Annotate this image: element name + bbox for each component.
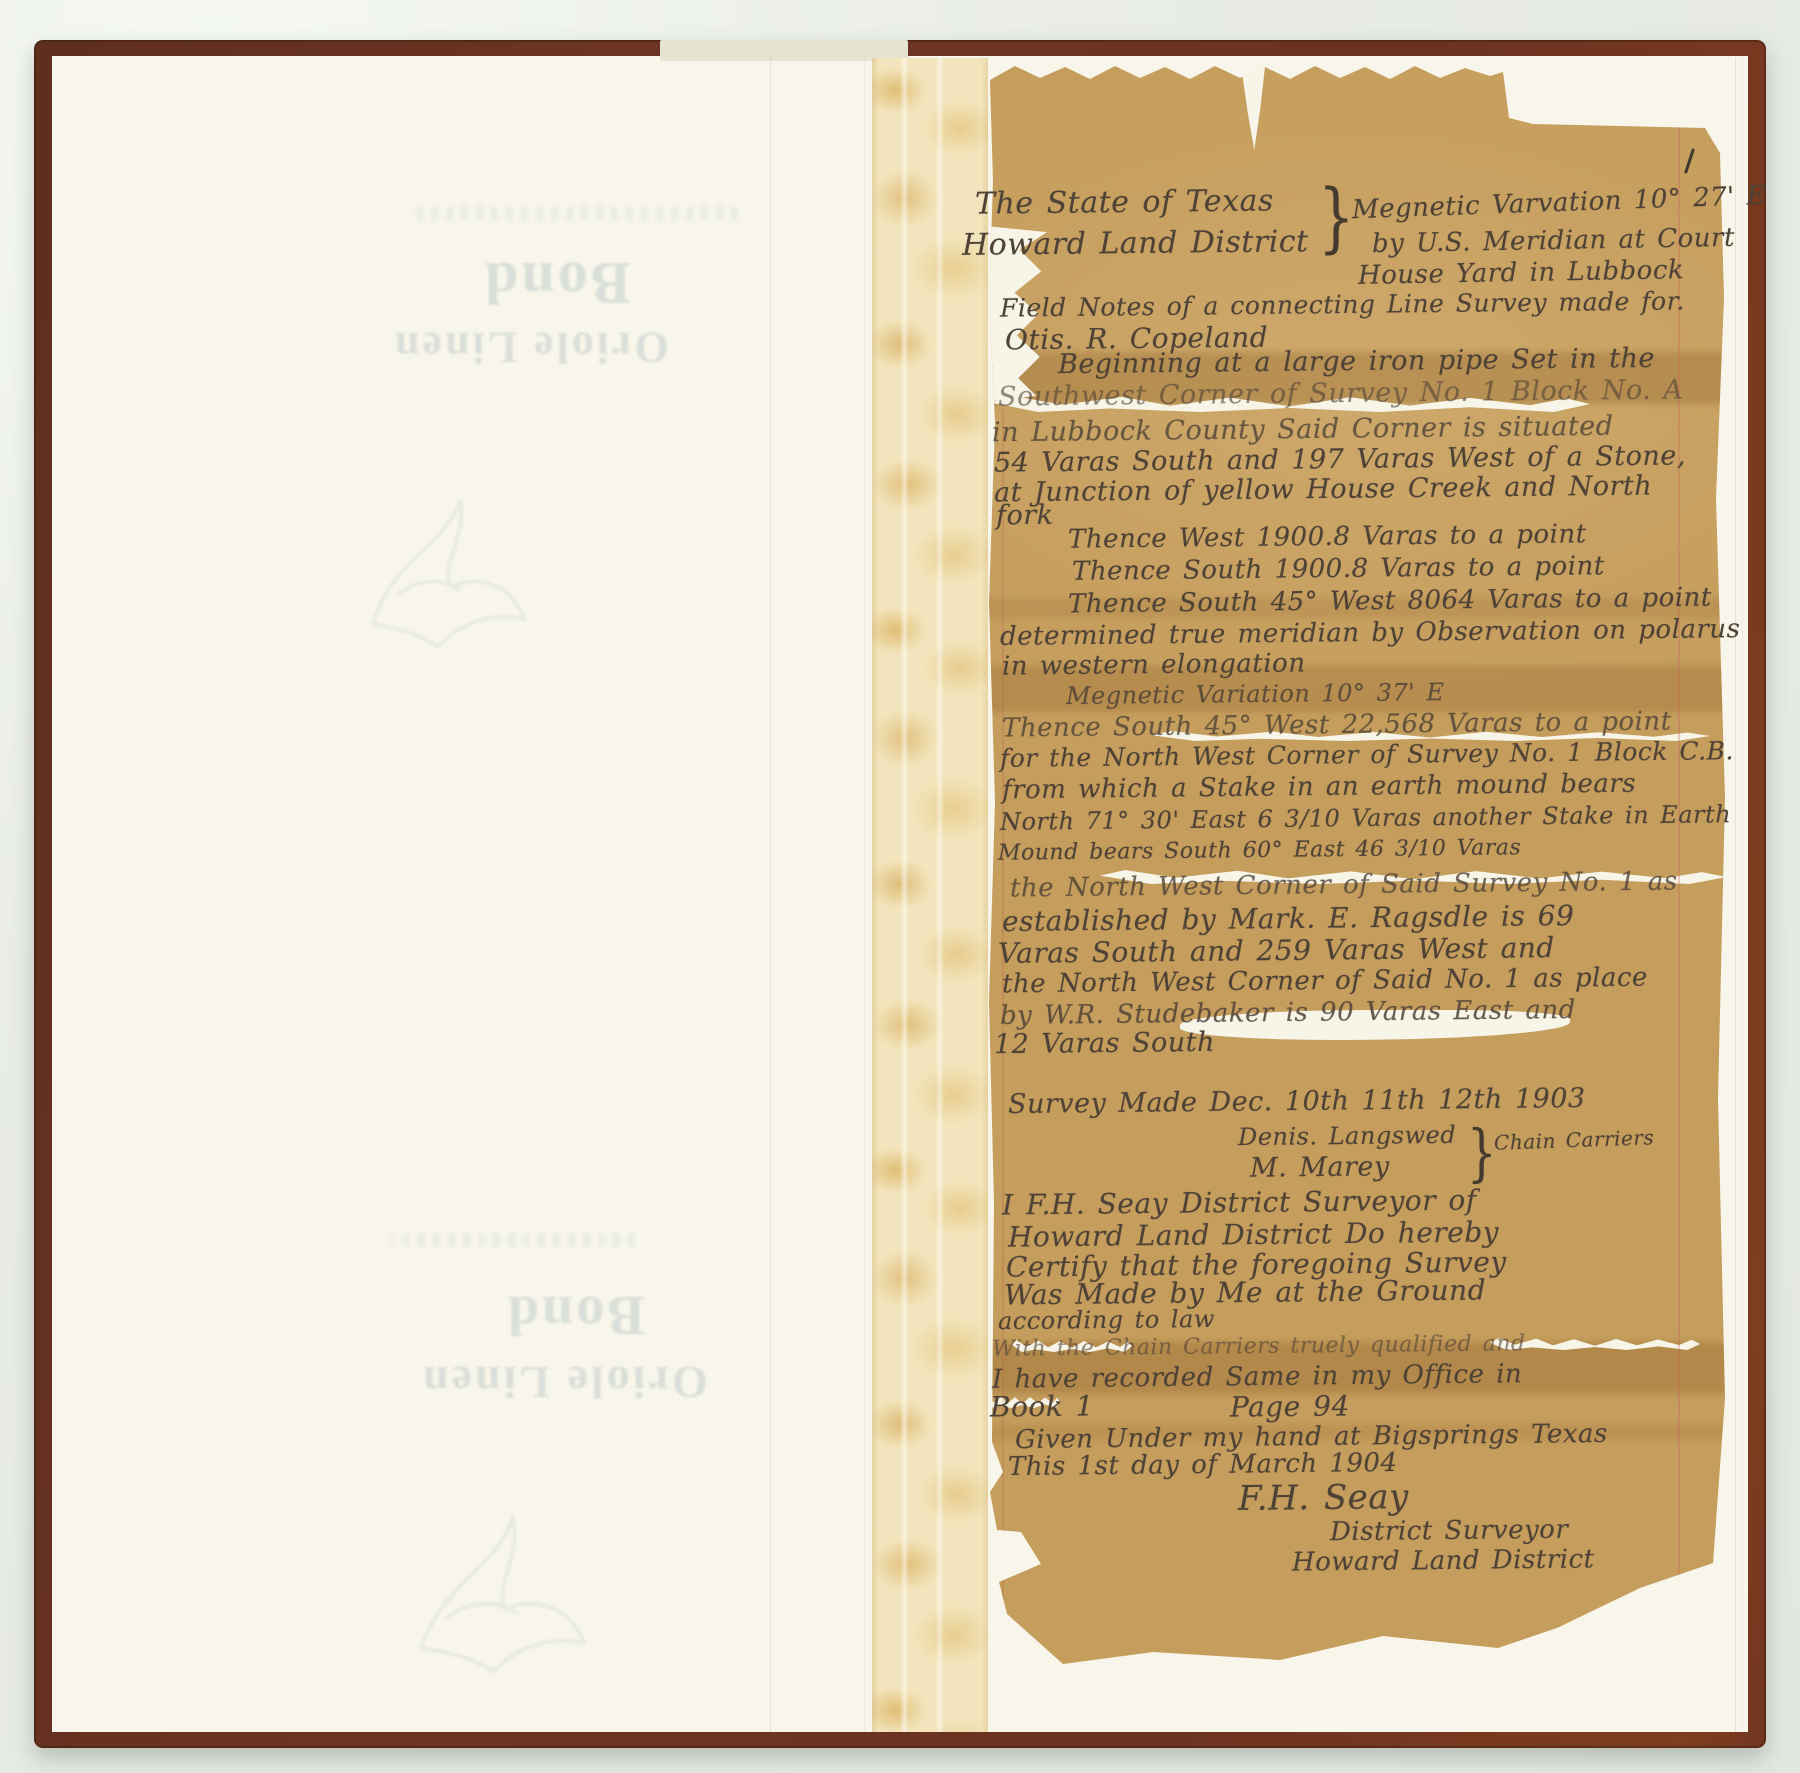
watermark-smallcaps-row [408, 206, 738, 221]
pen-tick-mark [1684, 148, 1695, 174]
paper-stain-band [985, 352, 1727, 404]
paper-stain-band [985, 598, 1727, 618]
watermark-bond-top: Bond [482, 248, 631, 317]
paper-tear-gap [1100, 870, 1727, 884]
binding-top-tab [660, 40, 908, 60]
watermark-bird-sketch-top [322, 458, 562, 688]
watermark-bond-bottom: Bond [505, 1283, 645, 1347]
right-page-edge-line-2 [1742, 58, 1743, 1732]
right-margin-rule [1678, 62, 1680, 1602]
watermark-oriole-linen-top: Oriole Linen [392, 322, 669, 373]
manuscript-paper [985, 58, 1727, 1670]
right-page-edge-line [1735, 58, 1736, 1732]
paper-tear-gap [985, 1396, 1060, 1408]
scanned-document-page: { "scan": { "palette": { "backdrop": "#e… [0, 0, 1800, 1773]
watermark-smallcaps-row [390, 1233, 635, 1247]
watermark-oriole-linen-bottom: Oriole Linen [420, 1356, 708, 1409]
watermark-bird-sketch-bottom [368, 1470, 628, 1710]
paper-tear-gap [1150, 731, 1710, 741]
left-page-edge-line [770, 58, 771, 1732]
paper-tear-blob [1180, 1010, 1570, 1040]
binding-tape [872, 58, 988, 1732]
left-margin-rule [1002, 410, 1004, 1600]
gutter-edge-line [864, 58, 865, 1732]
paper-stain-band [985, 1424, 1727, 1440]
paper-stain-band [985, 666, 1727, 712]
